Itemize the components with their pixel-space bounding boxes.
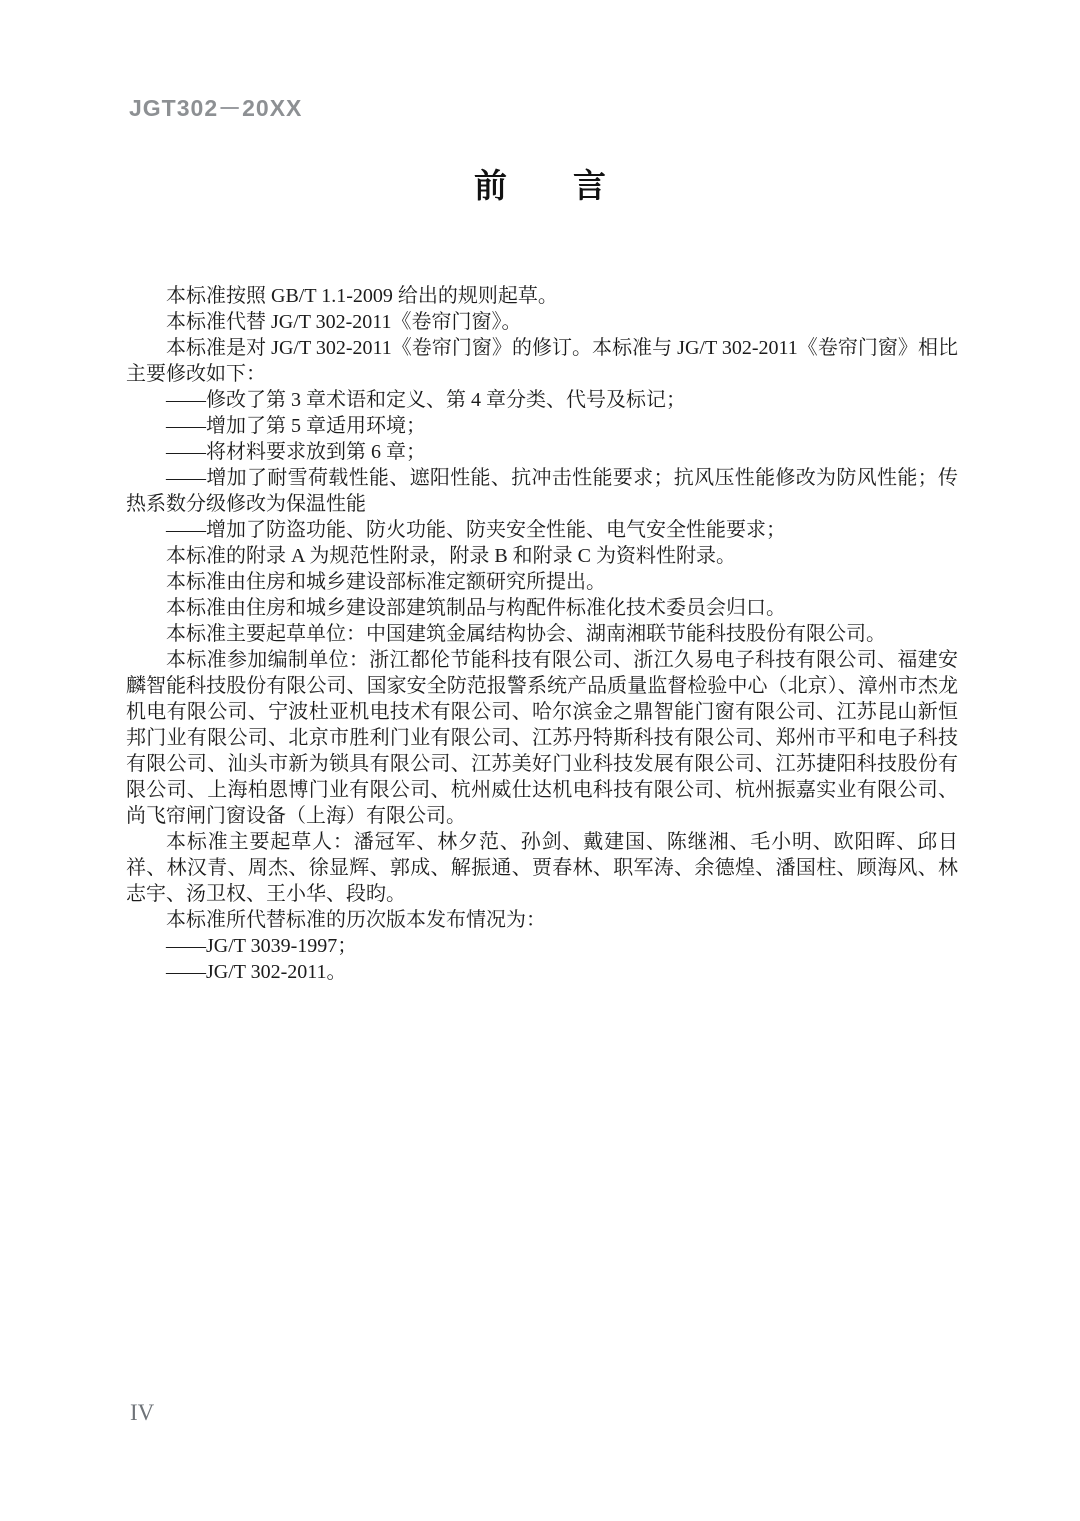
para-appendix: 本标准的附录 A 为规范性附录，附录 B 和附录 C 为资料性附录。 (126, 543, 958, 569)
para-participating-units: 本标准参加编制单位：浙江都伦节能科技有限公司、浙江久易电子科技有限公司、福建安麟… (126, 647, 958, 829)
para-chief-drafting-units: 本标准主要起草单位：中国建筑金属结构协会、湖南湘联节能科技股份有限公司。 (126, 621, 958, 647)
foreword-body: 本标准按照 GB/T 1.1-2009 给出的规则起草。 本标准代替 JG/T … (126, 283, 958, 985)
page-title: 前 言 (0, 160, 1080, 207)
para-revision-intro: 本标准是对 JG/T 302-2011《卷帘门窗》的修订。本标准与 JG/T 3… (126, 335, 958, 387)
page-number: IV (130, 1400, 154, 1426)
para-previous-editions: 本标准所代替标准的历次版本发布情况为： (126, 907, 958, 933)
dash-item-previous-1997: ——JG/T 3039-1997； (126, 933, 958, 959)
dash-item-chapter6: ——将材料要求放到第 6 章； (126, 439, 958, 465)
para-replaces: 本标准代替 JG/T 302-2011《卷帘门窗》。 (126, 309, 958, 335)
dash-item-safety: ——增加了防盗功能、防火功能、防夹安全性能、电气安全性能要求； (126, 517, 958, 543)
document-page: JGT302－20XX 前 言 本标准按照 GB/T 1.1-2009 给出的规… (0, 0, 1080, 1521)
dash-item-terms: ——修改了第 3 章术语和定义、第 4 章分类、代号及标记； (126, 387, 958, 413)
dash-item-chapter5: ——增加了第 5 章适用环境； (126, 413, 958, 439)
para-chief-drafters: 本标准主要起草人：潘冠军、林夕范、孙剑、戴建国、陈继湘、毛小明、欧阳晖、邱日祥、… (126, 829, 958, 907)
doc-code: JGT302－20XX (129, 90, 302, 123)
dash-item-previous-2011: ——JG/T 302-2011。 (126, 959, 958, 985)
para-proposed-by: 本标准由住房和城乡建设部标准定额研究所提出。 (126, 569, 958, 595)
dash-item-performance: ——增加了耐雪荷载性能、遮阳性能、抗冲击性能要求；抗风压性能修改为防风性能；传热… (126, 465, 958, 517)
para-centralized-by: 本标准由住房和城乡建设部建筑制品与构配件标准化技术委员会归口。 (126, 595, 958, 621)
para-drafting-basis: 本标准按照 GB/T 1.1-2009 给出的规则起草。 (126, 283, 958, 309)
